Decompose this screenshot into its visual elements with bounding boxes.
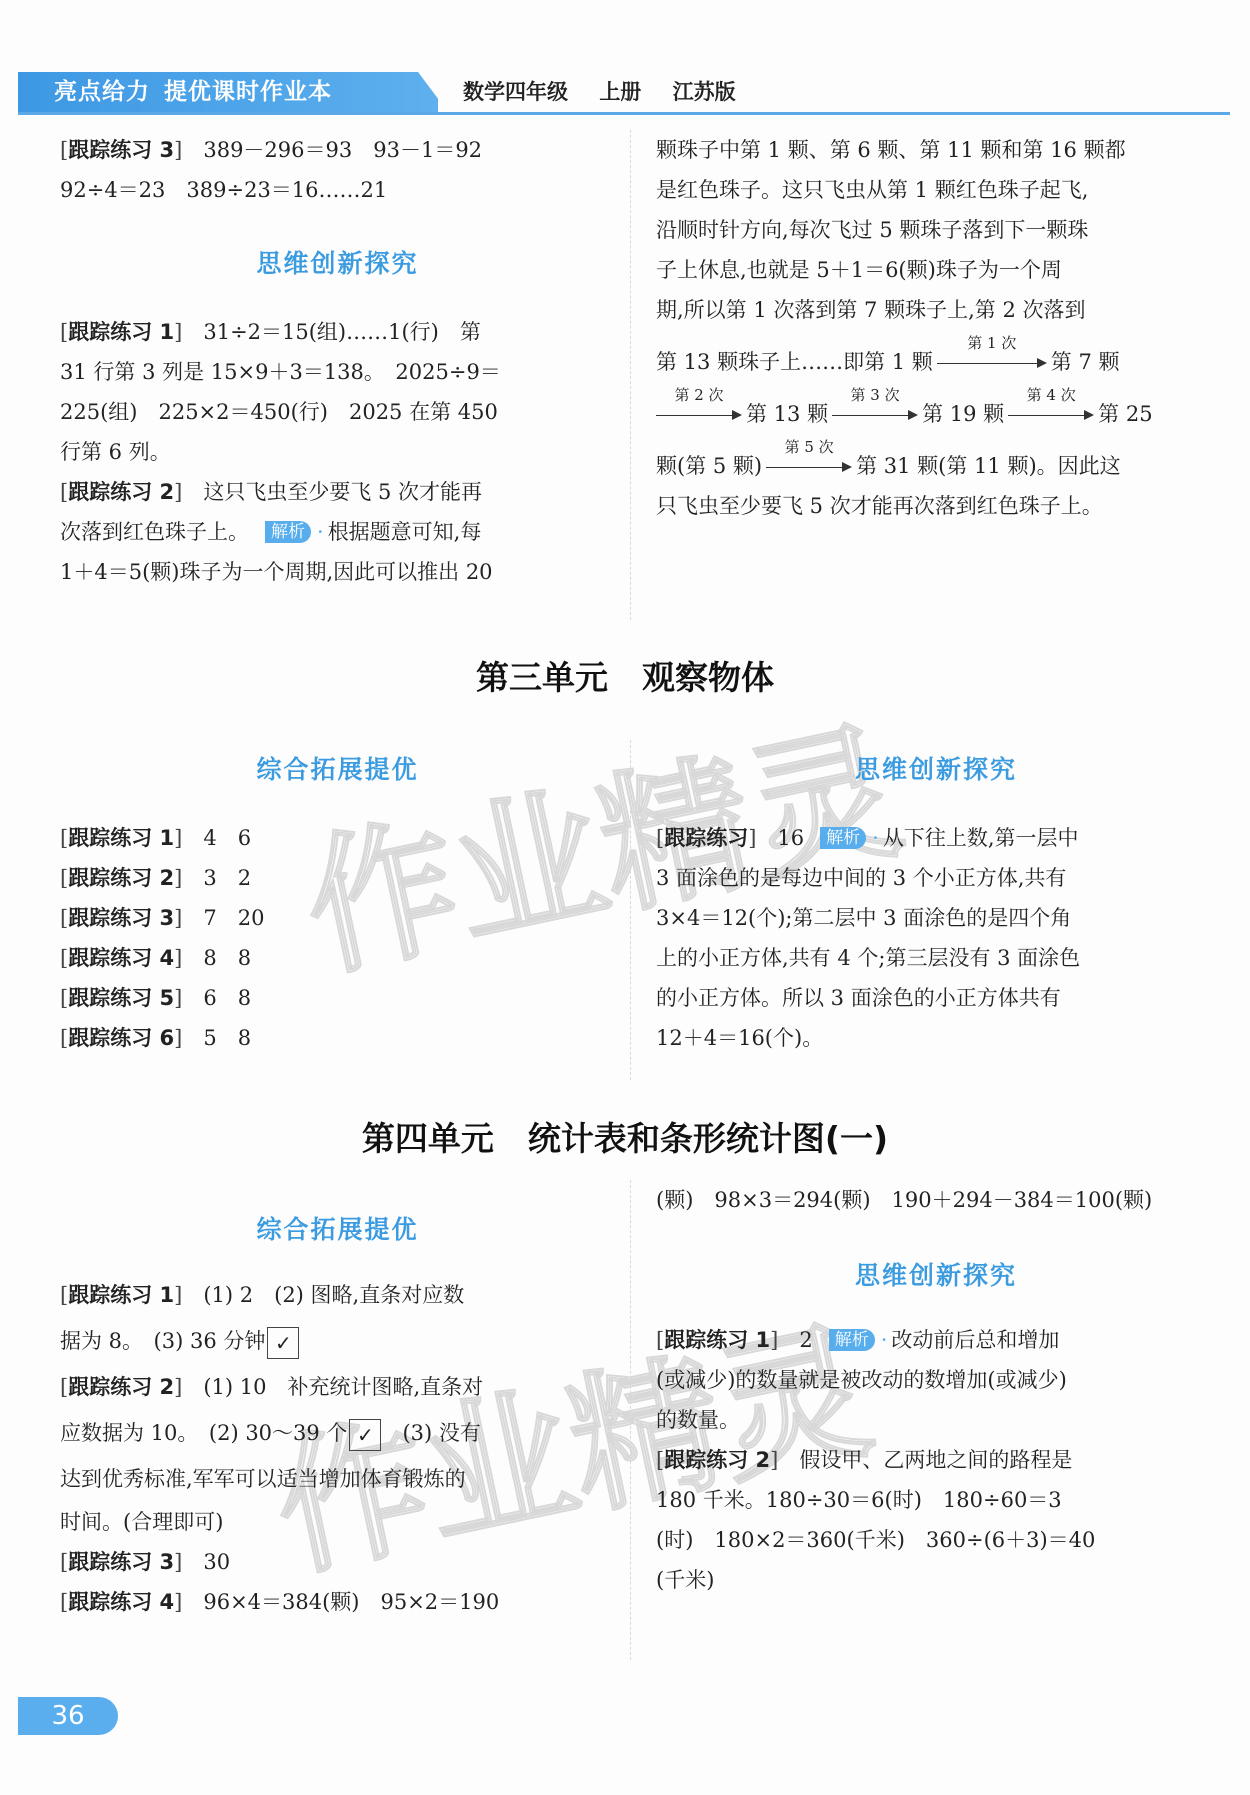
check-box-icon: ✓ (349, 1419, 381, 1451)
text-line: 期,所以第 1 次落到第 7 颗珠子上,第 2 次落到 (656, 290, 1216, 330)
flight-sequence-line2: 第 2 次第 13 颗第 3 次第 19 颗第 4 次第 25 (656, 394, 1216, 434)
text-line: 达到优秀标准,军军可以适当增加体育锻炼的 (60, 1456, 620, 1502)
practice-row: [跟踪练习 5] 6 8 (60, 978, 615, 1018)
practice-line1: [跟踪练习] 16解析·从下往上数,第一层中 (656, 818, 1216, 858)
text-line: 12＋4＝16(个)。 (656, 1018, 1216, 1058)
unit3-right-column: [跟踪练习] 16解析·从下往上数,第一层中 3 面涂色的是每边中间的 3 个小… (656, 818, 1216, 1058)
practice-row: [跟踪练习 2] 3 2 (60, 858, 615, 898)
section-title-thinking: 思维创新探究 (656, 750, 1216, 786)
practice-2-line2: 应数据为 10。 (2) 30～39 个✓ (3) 没有 (60, 1410, 620, 1456)
unit4-right-column: (颗) 98×3＝294(颗) 190＋294－384＝100(颗) (656, 1180, 1216, 1220)
arrow-icon: 第 3 次 (832, 394, 918, 434)
text-line: 180 千米。180÷30＝6(时) 180÷60＝3 (656, 1480, 1216, 1520)
practice-row: [跟踪练习 1] 4 6 (60, 818, 615, 858)
practice-1-line3: 225(组) 225×2＝450(行) 2025 在第 450 (60, 392, 615, 432)
text-line: 3×4＝12(个);第二层中 3 面涂色的是四个角 (656, 898, 1216, 938)
practice-2-line1: [跟踪练习 2] 假设甲、乙两地之间的路程是 (656, 1440, 1216, 1480)
column-divider (630, 740, 631, 1080)
text-line: 的小正方体。所以 3 面涂色的小正方体共有 (656, 978, 1216, 1018)
practice-2-line1: [跟踪练习 2] 这只飞虫至少要飞 5 次才能再 (60, 472, 615, 512)
unit3-left-column: [跟踪练习 1] 4 6 [跟踪练习 2] 3 2 [跟踪练习 3] 7 20 … (60, 818, 615, 1058)
section-title-comprehensive: 综合拓展提优 (60, 750, 615, 786)
column-divider (630, 1180, 631, 1660)
practice-3: [跟踪练习 3] 30 (60, 1542, 620, 1582)
arrow-icon: 第 5 次 (766, 446, 852, 486)
practice-2-line1: [跟踪练习 2] (1) 10 补充统计图略,直条对 (60, 1364, 620, 1410)
text-line: 3 面涂色的是每边中间的 3 个小正方体,共有 (656, 858, 1216, 898)
arrow-icon: 第 1 次 (937, 342, 1047, 382)
book-brand-banner: 亮点给力提优课时作业本 (18, 72, 438, 112)
section-title-comprehensive: 综合拓展提优 (60, 1210, 615, 1246)
text-line: 沿顺时针方向,每次飞过 5 颗珠子落到下一颗珠 (656, 210, 1216, 250)
check-box-icon: ✓ (267, 1327, 299, 1359)
text-line: 颗珠子中第 1 颗、第 6 颗、第 11 颗和第 16 颗都 (656, 130, 1216, 170)
practice-2-line2: 次落到红色珠子上。解析·根据题意可知,每 (60, 512, 615, 552)
text-line: 只飞虫至少要飞 5 次才能再次落到红色珠子上。 (656, 486, 1216, 526)
arrow-icon: 第 4 次 (1008, 394, 1094, 434)
practice-1-line1: [跟踪练习 1] (1) 2 (2) 图略,直条对应数 (60, 1272, 620, 1318)
arrow-icon: 第 2 次 (656, 394, 742, 434)
text-line: (时) 180×2＝360(千米) 360÷(6＋3)＝40 (656, 1520, 1216, 1560)
practice-row: [跟踪练习 3] 7 20 (60, 898, 615, 938)
top-left-column-2: [跟踪练习 1] 31÷2＝15(组)……1(行) 第 31 行第 3 列是 1… (60, 312, 615, 592)
brand-name: 亮点给力 (54, 79, 150, 105)
page-number: 36 (18, 1697, 118, 1735)
text-line: 时间。(合理即可) (60, 1502, 620, 1542)
text-line: 的数量。 (656, 1400, 1216, 1440)
column-divider (630, 130, 631, 620)
edition: 江苏版 (673, 80, 736, 104)
flight-sequence-line3: 颗(第 5 颗)第 5 次第 31 颗(第 11 颗)。因此这 (656, 446, 1216, 486)
page-header: 亮点给力提优课时作业本 数学四年级 上册 江苏版 (18, 72, 1230, 115)
flight-sequence-line1: 第 13 颗珠子上……即第 1 颗第 1 次第 7 颗 (656, 342, 1216, 382)
section-title-thinking: 思维创新探究 (60, 244, 615, 280)
section-title-thinking: 思维创新探究 (656, 1256, 1216, 1292)
volume: 上册 (599, 80, 641, 104)
subject-grade: 数学四年级 (463, 80, 568, 104)
analysis-tag: 解析 (820, 827, 866, 849)
analysis-tag: 解析 (265, 521, 311, 543)
book-info: 数学四年级 上册 江苏版 (463, 72, 760, 112)
practice-1-line1: [跟踪练习 1] 2解析·改动前后总和增加 (656, 1320, 1216, 1360)
unit4-right-column-2: [跟踪练习 1] 2解析·改动前后总和增加 (或减少)的数量就是被改动的数增加(… (656, 1320, 1216, 1600)
practice-3-line1: [跟踪练习 3] 389－296＝93 93－1＝92 (60, 130, 615, 170)
series-name: 提优课时作业本 (164, 79, 332, 105)
text-line: (千米) (656, 1560, 1216, 1600)
unit-3-title: 第三单元观察物体 (0, 652, 1250, 699)
practice-3-line2: 92÷4＝23 389÷23＝16……21 (60, 170, 615, 210)
text-line: 上的小正方体,共有 4 个;第三层没有 3 面涂色 (656, 938, 1216, 978)
top-left-column: [跟踪练习 3] 389－296＝93 93－1＝92 92÷4＝23 389÷… (60, 130, 615, 210)
practice-row: [跟踪练习 4] 8 8 (60, 938, 615, 978)
unit4-left-column: [跟踪练习 1] (1) 2 (2) 图略,直条对应数 据为 8。 (3) 36… (60, 1272, 620, 1622)
unit-4-title: 第四单元统计表和条形统计图(一) (0, 1113, 1250, 1160)
practice-1-line2: 31 行第 3 列是 15×9＋3＝138。 2025÷9＝ (60, 352, 615, 392)
text-line: 是红色珠子。这只飞虫从第 1 颗红色珠子起飞, (656, 170, 1216, 210)
practice-4: [跟踪练习 4] 96×4＝384(颗) 95×2＝190 (60, 1582, 620, 1622)
text-line: 子上休息,也就是 5＋1＝6(颗)珠子为一个周 (656, 250, 1216, 290)
text-line: (或减少)的数量就是被改动的数增加(或减少) (656, 1360, 1216, 1400)
top-right-column: 颗珠子中第 1 颗、第 6 颗、第 11 颗和第 16 颗都 是红色珠子。这只飞… (656, 130, 1216, 526)
practice-1-line1: [跟踪练习 1] 31÷2＝15(组)……1(行) 第 (60, 312, 615, 352)
analysis-tag: 解析 (829, 1329, 875, 1351)
practice-2-line3: 1＋4＝5(颗)珠子为一个周期,因此可以推出 20 (60, 552, 615, 592)
practice-row: [跟踪练习 6] 5 8 (60, 1018, 615, 1058)
practice-1-line4: 行第 6 列。 (60, 432, 615, 472)
continued-calculation: (颗) 98×3＝294(颗) 190＋294－384＝100(颗) (656, 1180, 1216, 1220)
practice-1-line2: 据为 8。 (3) 36 分钟✓ (60, 1318, 620, 1364)
